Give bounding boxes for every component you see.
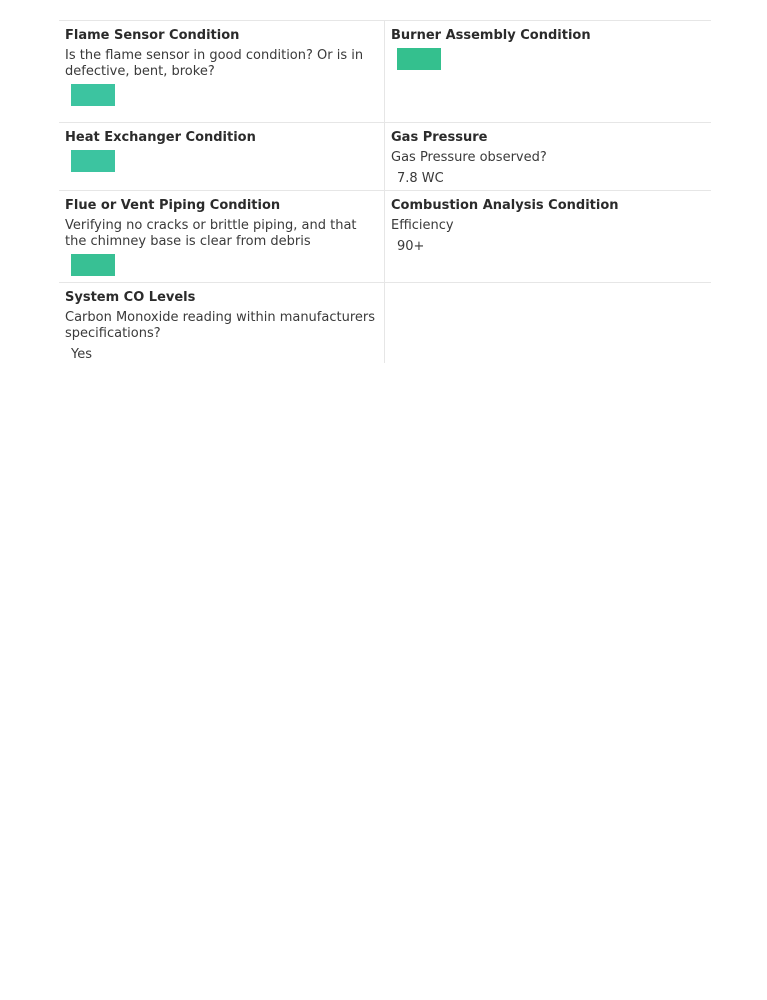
item-answer: 90+ [397,238,704,255]
status-color-swatch [71,254,115,276]
item-gas-pressure: Gas Pressure Gas Pressure observed? 7.8 … [385,123,710,190]
item-title: Combustion Analysis Condition [391,197,704,214]
item-system-co-levels: System CO Levels Carbon Monoxide reading… [59,283,385,363]
item-title: Flame Sensor Condition [65,27,378,44]
item-description: Efficiency [391,218,704,234]
item-title: System CO Levels [65,289,378,306]
inspection-row: Flue or Vent Piping Condition Verifying … [59,191,711,283]
inspection-row: Flame Sensor Condition Is the flame sens… [59,21,711,123]
inspection-row: System CO Levels Carbon Monoxide reading… [59,283,711,363]
status-color-swatch [397,48,441,70]
status-color-swatch [71,84,115,106]
inspection-row: Heat Exchanger Condition Gas Pressure Ga… [59,123,711,191]
item-title: Burner Assembly Condition [391,27,704,44]
item-heat-exchanger: Heat Exchanger Condition [59,123,385,190]
item-title: Gas Pressure [391,129,704,146]
item-description: Is the flame sensor in good condition? O… [65,48,378,80]
item-answer: Yes [71,346,378,363]
item-flue-vent-piping: Flue or Vent Piping Condition Verifying … [59,191,385,282]
status-color-swatch [71,150,115,172]
item-title: Heat Exchanger Condition [65,129,378,146]
empty-cell [385,283,710,363]
item-flame-sensor: Flame Sensor Condition Is the flame sens… [59,21,385,122]
item-title: Flue or Vent Piping Condition [65,197,378,214]
item-combustion-analysis: Combustion Analysis Condition Efficiency… [385,191,710,282]
item-description: Carbon Monoxide reading within manufactu… [65,310,378,342]
inspection-grid: Flame Sensor Condition Is the flame sens… [59,20,711,363]
item-description: Verifying no cracks or brittle piping, a… [65,218,378,250]
item-burner-assembly: Burner Assembly Condition [385,21,710,122]
item-description: Gas Pressure observed? [391,150,704,166]
item-answer: 7.8 WC [397,170,704,187]
